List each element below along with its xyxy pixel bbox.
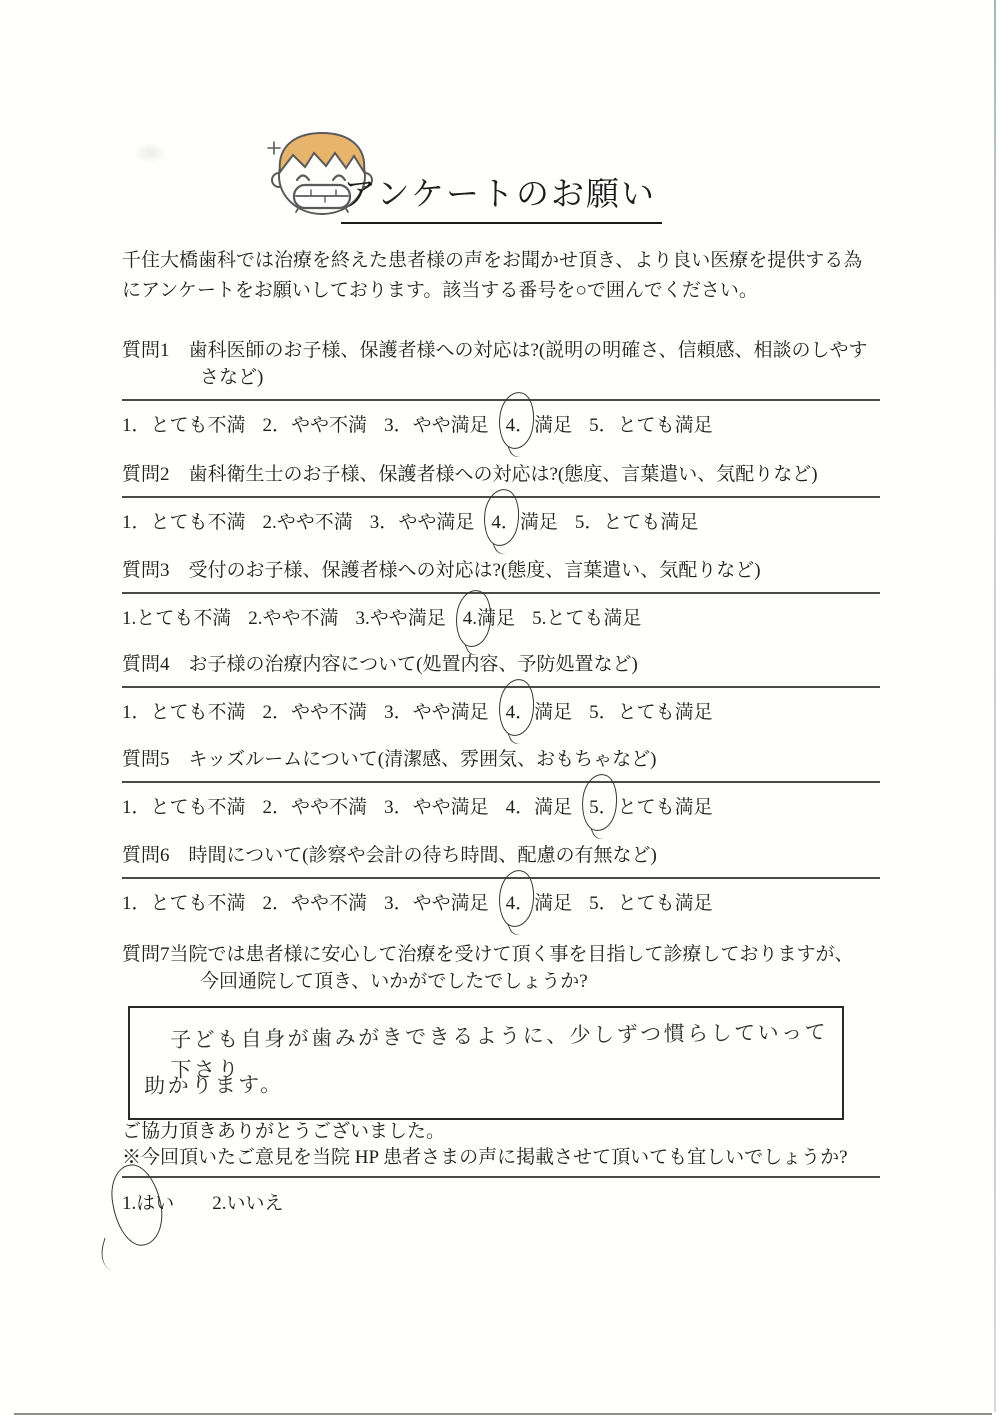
question-title: 質問5 キッズルームについて(清潔感、雰囲気、おもちゃなど) <box>122 747 880 774</box>
answer-option[interactable]: 1．とても不満 <box>122 797 246 818</box>
answer-option[interactable]: 1．とても不満 <box>122 512 246 533</box>
option-number: 5． <box>589 410 618 437</box>
answer-option[interactable]: 2．やや不満 <box>263 702 368 723</box>
publish-consent-block: ※今回頂いたご意見を当院 HP 患者さまの声に掲載させて頂いても宜しいでしょうか… <box>122 1142 880 1215</box>
option-number: 5． <box>575 507 604 534</box>
option-number: 4． <box>506 792 535 819</box>
answer-options-row: 1．とても不満2.やや不満3．やや満足4．満足5．とても満足 <box>122 507 880 534</box>
option-label: とても満足 <box>618 893 713 914</box>
handwritten-answer-line2: 助かります。 <box>144 1068 284 1100</box>
option-label: やや満足 <box>398 512 474 533</box>
answer-option[interactable]: 5．とても満足 <box>589 702 713 723</box>
answer-option[interactable]: 4．満足 <box>506 415 573 436</box>
question-7-block: 質問7当院では患者様に安心して治療を受けて頂く事を目指して診療しておりますが、今… <box>122 942 880 1120</box>
answer-options-row: 1．とても不満2．やや不満3．やや満足4．満足5．とても満足 <box>122 410 880 437</box>
option-label: やや満足 <box>370 608 446 629</box>
option-label: とても満足 <box>546 608 641 629</box>
option-label: とても不満 <box>151 702 246 723</box>
question-title: 質問6 時間について(診察や会計の待ち時間、配慮の有無など) <box>122 843 880 870</box>
option-number: 5． <box>589 888 618 915</box>
question-title: 質問1 歯科医師のお子様、保護者様への対応は?(説明の明確さ、信頼感、相談のしや… <box>122 338 880 392</box>
question-block-2: 質問2 歯科衛生士のお子様、保護者様への対応は?(態度、言葉遣い、気配りなど)1… <box>122 462 880 534</box>
option-number: 5. <box>532 608 546 630</box>
scan-edge-right <box>994 0 996 1412</box>
divider-line <box>122 877 880 879</box>
option-label: とても不満 <box>151 512 246 533</box>
option-label: 満足 <box>534 415 572 436</box>
option-label: やや不満 <box>291 415 367 436</box>
option-number: 2． <box>263 792 292 819</box>
option-number: 4. <box>463 608 477 630</box>
option-number: 3． <box>384 410 413 437</box>
answer-option[interactable]: 4．満足 <box>491 512 558 533</box>
question-7-title: 質問7当院では患者様に安心して治療を受けて頂く事を目指して診療しておりますが、今… <box>122 942 880 996</box>
option-label: やや満足 <box>413 797 489 818</box>
option-number: 3． <box>370 507 399 534</box>
free-comment-box[interactable]: 子ども自身が歯みがきできるように、少しずつ慣らしていって下さり 助かります。 <box>128 1006 844 1120</box>
option-number: 1． <box>122 792 151 819</box>
option-label: やや不満 <box>291 797 367 818</box>
answer-option[interactable]: 5．とても満足 <box>589 797 713 818</box>
option-number: 4． <box>506 697 535 724</box>
option-number: 1． <box>122 697 151 724</box>
option-number: 1． <box>122 410 151 437</box>
option-number: 3． <box>384 792 413 819</box>
option-number: 5． <box>589 697 618 724</box>
answer-option[interactable]: 3．やや満足 <box>384 797 489 818</box>
option-label: やや不満 <box>291 893 367 914</box>
option-label: とても満足 <box>618 797 713 818</box>
answer-options-row: 1．とても不満2．やや不満3．やや満足4．満足5．とても満足 <box>122 697 880 724</box>
question-block-3: 質問3 受付のお子様、保護者様への対応は?(態度、言葉遣い、気配りなど)1.とて… <box>122 558 880 630</box>
option-label: 満足 <box>534 797 572 818</box>
option-number: 3． <box>384 697 413 724</box>
option-number: 2． <box>263 888 292 915</box>
option-label: やや不満 <box>263 608 339 629</box>
option-number: 1. <box>122 1193 136 1214</box>
answer-option[interactable]: 5．とても満足 <box>589 415 713 436</box>
option-number: 1． <box>122 888 151 915</box>
answer-option[interactable]: 3．やや満足 <box>384 702 489 723</box>
option-label: とても不満 <box>151 893 246 914</box>
thanks-text: ご協力頂きありがとうございました。 <box>122 1116 445 1143</box>
scanned-survey-page: アンケートのお願い 千住大橋歯科では治療を終えた患者様の声をお聞かせ頂き、より良… <box>0 0 1000 1415</box>
divider-line <box>122 399 880 401</box>
option-number: 2. <box>212 1193 226 1214</box>
answer-options-row: 1．とても不満2．やや不満3．やや満足4．満足5．とても満足 <box>122 888 880 915</box>
divider-line <box>122 781 880 783</box>
option-label: とても満足 <box>618 415 713 436</box>
answer-option[interactable]: 1．とても不満 <box>122 415 246 436</box>
answer-option[interactable]: 2．やや不満 <box>263 893 368 914</box>
answer-option[interactable]: 5．とても満足 <box>575 512 699 533</box>
answer-option[interactable]: 2．やや不満 <box>263 415 368 436</box>
option-label: やや満足 <box>413 702 489 723</box>
answer-option[interactable]: 1.はい <box>122 1188 174 1215</box>
option-label: とても不満 <box>151 415 246 436</box>
answer-option[interactable]: 4．満足 <box>506 797 573 818</box>
answer-option[interactable]: 3．やや満足 <box>384 415 489 436</box>
option-label: 満足 <box>520 512 558 533</box>
option-label: 満足 <box>534 702 572 723</box>
option-label: やや不満 <box>277 512 353 533</box>
option-number: 2. <box>248 608 262 630</box>
divider-line <box>122 686 880 688</box>
answer-option[interactable]: 4．満足 <box>506 893 573 914</box>
option-label: 満足 <box>477 608 515 629</box>
option-label: やや満足 <box>413 893 489 914</box>
answer-option[interactable]: 4.満足 <box>463 608 515 629</box>
answer-option[interactable]: 3．やや満足 <box>384 893 489 914</box>
answer-option[interactable]: 4．満足 <box>506 702 573 723</box>
answer-options-row: 1．とても不満2．やや不満3．やや満足4．満足5．とても満足 <box>122 792 880 819</box>
option-number: 1. <box>122 608 136 630</box>
answer-option[interactable]: 1.とても不満 <box>122 608 231 629</box>
answer-options-row: 1.とても不満2.やや不満3.やや満足4.満足5.とても満足 <box>122 603 880 630</box>
question-title: 質問4 お子様の治療内容について(処置内容、予防処置など) <box>122 652 880 679</box>
scan-smudge <box>133 142 167 164</box>
question-title: 質問3 受付のお子様、保護者様への対応は?(態度、言葉遣い、気配りなど) <box>122 558 880 585</box>
answer-option[interactable]: 5.とても満足 <box>532 608 641 629</box>
option-number: 2. <box>263 512 277 534</box>
option-number: 3． <box>384 888 413 915</box>
answer-option[interactable]: 3.やや満足 <box>356 608 446 629</box>
answer-option[interactable]: 2.やや不満 <box>263 512 353 533</box>
option-label: 満足 <box>534 893 572 914</box>
option-number: 4． <box>506 888 535 915</box>
option-label: とても満足 <box>603 512 698 533</box>
option-label: とても不満 <box>151 797 246 818</box>
option-number: 2． <box>263 697 292 724</box>
answer-option[interactable]: 2.いいえ <box>212 1188 283 1215</box>
option-label: やや満足 <box>413 415 489 436</box>
option-number: 4． <box>491 507 520 534</box>
answer-option[interactable]: 1．とても不満 <box>122 893 246 914</box>
option-number: 5． <box>589 792 618 819</box>
divider-line <box>122 1176 880 1178</box>
answer-option[interactable]: 3．やや満足 <box>370 512 475 533</box>
option-label: やや不満 <box>291 702 367 723</box>
answer-option[interactable]: 2．やや不満 <box>263 797 368 818</box>
question-block-5: 質問5 キッズルームについて(清潔感、雰囲気、おもちゃなど)1．とても不満2．や… <box>122 747 880 819</box>
intro-text: 千住大橋歯科では治療を終えた患者様の声をお聞かせ頂き、より良い医療を提供する為に… <box>122 246 880 306</box>
publish-consent-options: 1.はい2.いいえ <box>122 1188 880 1215</box>
page-title: アンケートのお願い <box>341 168 662 224</box>
sparkle-icon <box>268 142 280 154</box>
option-number: 1． <box>122 507 151 534</box>
option-number: 2． <box>263 410 292 437</box>
question-block-4: 質問4 お子様の治療内容について(処置内容、予防処置など)1．とても不満2．やや… <box>122 652 880 724</box>
question-block-1: 質問1 歯科医師のお子様、保護者様への対応は?(説明の明確さ、信頼感、相談のしや… <box>122 338 880 437</box>
answer-option[interactable]: 2.やや不満 <box>248 608 338 629</box>
divider-line <box>122 592 880 594</box>
option-label: とても満足 <box>618 702 713 723</box>
option-number: 3. <box>356 608 370 630</box>
divider-line <box>122 496 880 498</box>
option-number: 4． <box>506 410 535 437</box>
answer-option[interactable]: 1．とても不満 <box>122 702 246 723</box>
option-label: はい <box>136 1193 174 1214</box>
question-block-6: 質問6 時間について(診察や会計の待ち時間、配慮の有無など)1．とても不満2．や… <box>122 843 880 915</box>
question-title: 質問2 歯科衛生士のお子様、保護者様への対応は?(態度、言葉遣い、気配りなど) <box>122 462 880 489</box>
option-label: いいえ <box>227 1193 284 1214</box>
publish-consent-question: ※今回頂いたご意見を当院 HP 患者さまの声に掲載させて頂いても宜しいでしょうか… <box>122 1142 880 1169</box>
option-label: とても不満 <box>136 608 231 629</box>
answer-option[interactable]: 5．とても満足 <box>589 893 713 914</box>
